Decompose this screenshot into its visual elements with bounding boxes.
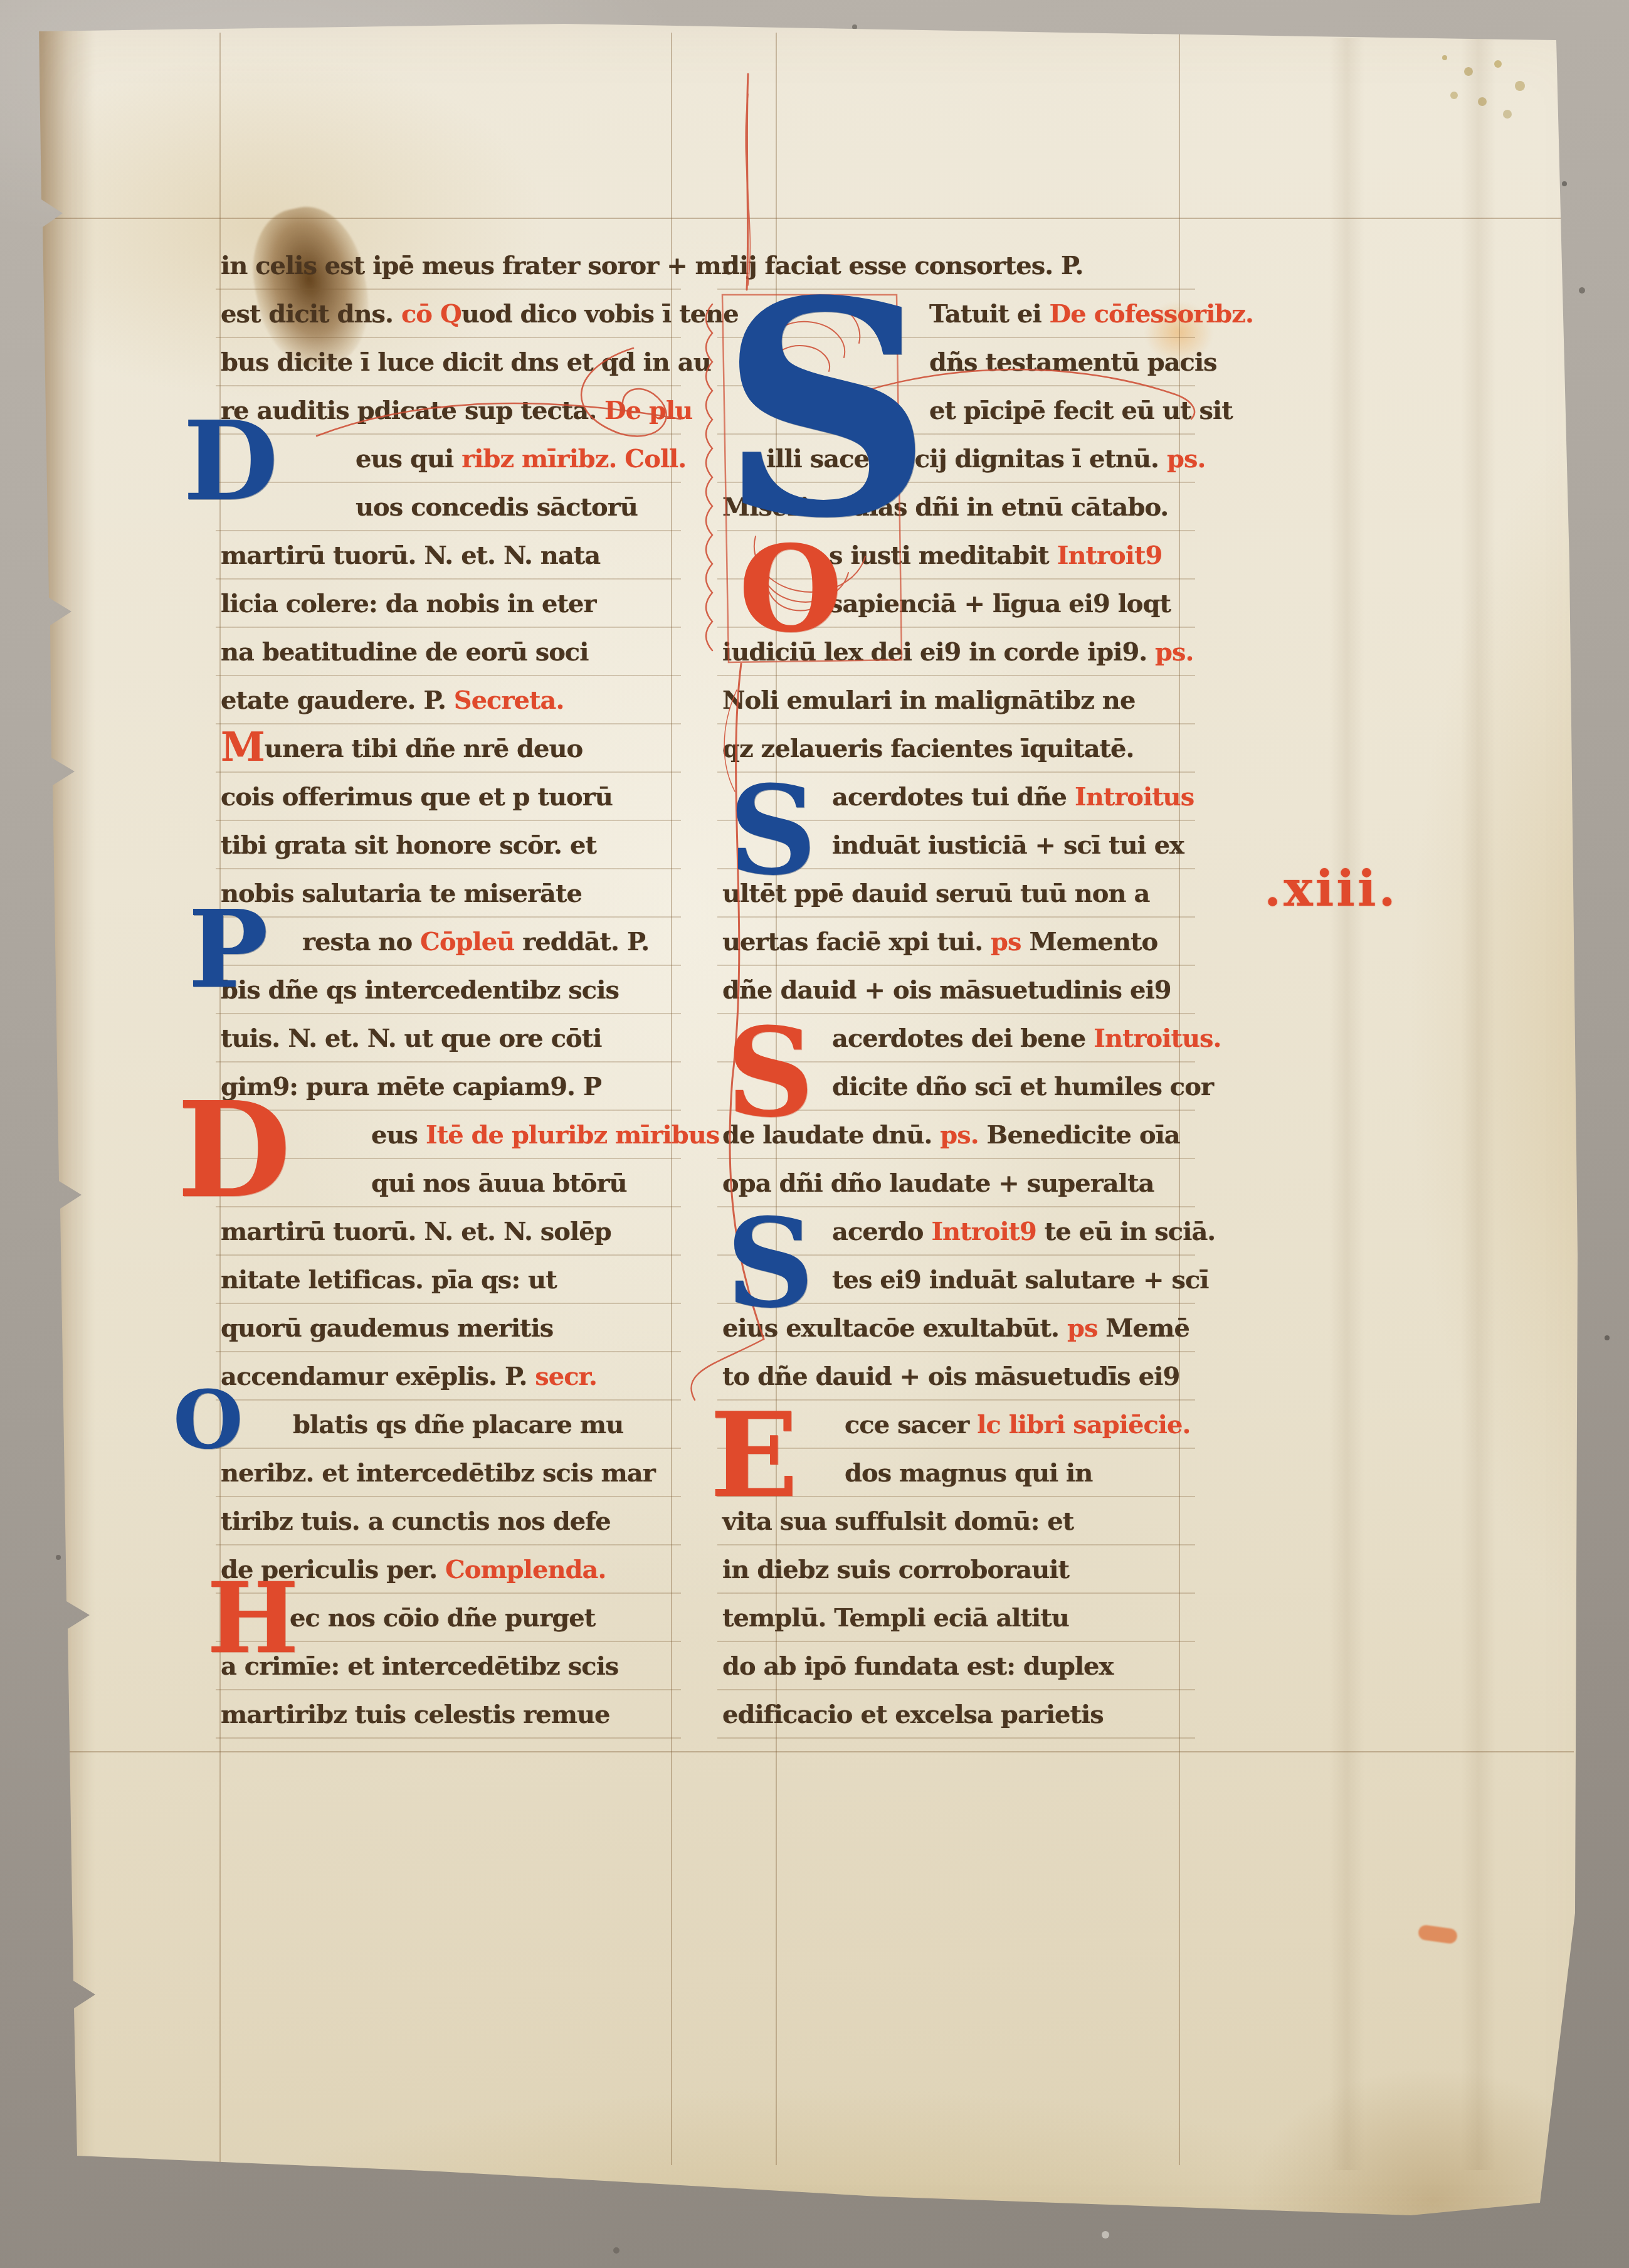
- rubric-text: ps.: [1167, 444, 1205, 474]
- body-text: martiribz tuis celestis remue: [221, 1700, 610, 1729]
- text-line: tiribz tuis. a cunctis nos defe: [221, 1497, 672, 1545]
- body-text: templū. Templi eciā altitu: [722, 1603, 1069, 1633]
- background-dust-specks: [0, 0, 4, 4]
- text-line: tibi grata sit honore scōr. et: [221, 821, 672, 869]
- body-text: martirū tuorū. N. et. N. nata: [221, 541, 600, 570]
- body-text: acerdotes tui dñe: [832, 782, 1075, 812]
- leaf: in celis est ipē meus frater soror + mre…: [0, 0, 1629, 2268]
- text-line: cois offerimus que et p tuorū: [221, 773, 672, 821]
- rubric-text: ps.: [940, 1120, 986, 1150]
- rubric-text: Introit9: [931, 1217, 1044, 1246]
- text-line: in celis est ipē meus frater soror + mr: [221, 241, 672, 290]
- rubric-text: De plu: [604, 396, 692, 425]
- rubric-text: Cōpleū: [420, 927, 522, 956]
- text-line: Noli emulari in malignātibz ne: [722, 676, 1186, 724]
- body-text: acerdo: [832, 1217, 931, 1246]
- body-text: uod dico vobis ī tene: [461, 299, 739, 329]
- text-line: nitate letificas. pīa qs: ut: [221, 1256, 672, 1304]
- body-text: eus: [371, 1120, 426, 1150]
- illuminated-initial-H-red: H: [207, 1581, 298, 1656]
- text-line: uertas faciē xpi tui. ps Memento: [722, 918, 1186, 966]
- illuminated-initial-P-blue: P: [188, 908, 268, 992]
- rubric-text: Introitus: [1075, 782, 1194, 812]
- rubric-text: ps.: [1155, 637, 1193, 667]
- rubric-text: Complenda.: [445, 1555, 606, 1584]
- body-text: te eū in sciā.: [1045, 1217, 1215, 1246]
- pigment-fleck: [1418, 1924, 1458, 1944]
- text-line: eus qui ribz mīribz. Coll.: [221, 435, 672, 483]
- mold-speckles: [1442, 55, 1447, 60]
- illuminated-initial-D-red: D: [177, 1099, 291, 1202]
- ruling-horizontal-line: [40, 218, 1564, 219]
- body-text: neribz. et intercedētibz scis mar: [221, 1458, 655, 1488]
- body-text: uertas faciē xpi tui.: [722, 927, 991, 956]
- body-text: do ab ipō fundata est: duplex: [722, 1651, 1113, 1681]
- rubric-text: Itē de pluribz mīribus: [426, 1120, 719, 1150]
- binding-edge-stain: [36, 25, 94, 2170]
- body-text: et pīcipē fecit eū ut sit: [929, 396, 1233, 425]
- text-line: quorū gaudemus meritis: [221, 1304, 672, 1352]
- photo-background: in celis est ipē meus frater soror + mre…: [0, 0, 1629, 2268]
- illuminated-initial-S-blue: S: [729, 783, 817, 878]
- body-text: accendamur exēplis. P.: [221, 1362, 535, 1391]
- text-line: licia colere: da nobis in eter: [221, 580, 672, 628]
- text-line: edificacio et excelsa parietis: [722, 1690, 1186, 1739]
- text-line: re auditis pdicate sup tecta. De plu: [221, 386, 672, 435]
- text-line: blatis qs dñe placare mu: [221, 1401, 672, 1449]
- body-text: tibi grata sit honore scōr. et: [221, 830, 596, 860]
- illuminated-initial-S-blue: S: [726, 1216, 814, 1311]
- body-text: bus dicite ī luce dicit dns et qd in au: [221, 347, 711, 377]
- body-text: induāt iusticiā + scī tui ex: [832, 830, 1184, 860]
- body-text: cce sacer: [845, 1410, 977, 1439]
- text-line: martiribz tuis celestis remue: [221, 1690, 672, 1739]
- text-line: accendamur exēplis. P. secr.: [221, 1352, 672, 1401]
- folio-number: .xiii.: [1264, 861, 1398, 918]
- body-text: uos concedis sāctorū: [356, 492, 638, 522]
- rubric-text: lc libri sapiēcie.: [977, 1410, 1190, 1439]
- body-text: licia colere: da nobis in eter: [221, 589, 596, 618]
- rubric-text: secr.: [535, 1362, 597, 1391]
- body-text: blatis qs dñe placare mu: [293, 1410, 623, 1439]
- body-text: ec nos cōio dñe purget: [290, 1603, 595, 1633]
- text-line: tuis. N. et. N. ut que ore cōti: [221, 1014, 672, 1062]
- text-line: neribz. et intercedētibz scis mar: [221, 1449, 672, 1497]
- text-line: templū. Templi eciā altitu: [722, 1594, 1186, 1642]
- body-text: nobis salutaria te miserāte: [221, 879, 582, 908]
- body-text: tes ei9 induāt salutare + scī: [832, 1265, 1209, 1295]
- body-text: resta no: [302, 927, 420, 956]
- illuminated-initial-O-blue: O: [173, 1389, 243, 1452]
- body-text: acerdotes dei bene: [832, 1024, 1094, 1053]
- illuminated-initial-D-blue: D: [183, 419, 278, 505]
- rubric-text: cō Q: [401, 299, 461, 329]
- body-text: sapienciā + līgua ei9 loqt: [829, 589, 1171, 618]
- text-line: etate gaudere. P. Secreta.: [221, 676, 672, 724]
- illuminated-initial-E-red: E: [710, 1410, 798, 1500]
- body-text: qui nos āuua btōrū: [371, 1168, 627, 1198]
- rubric-text: M: [221, 724, 265, 771]
- body-text: reddāt. P.: [522, 927, 649, 956]
- body-text: tuis. N. et. N. ut que ore cōti: [221, 1024, 601, 1053]
- body-text: edificacio et excelsa parietis: [722, 1700, 1104, 1729]
- text-line: martirū tuorū. N. et. N. nata: [221, 531, 672, 580]
- body-text: in diebz suis corroborauit: [722, 1555, 1069, 1584]
- vellum-crease: [1461, 38, 1496, 2170]
- text-line: Munera tibi dñe nrē deuo: [221, 724, 672, 773]
- text-line: do ab ipō fundata est: duplex: [722, 1642, 1186, 1690]
- ruling-horizontal-line: [69, 1751, 1574, 1752]
- body-text: etate gaudere. P.: [221, 686, 454, 715]
- illuminated-initial-O-red: O: [739, 543, 843, 635]
- body-text: na beatitudine de eorū soci: [221, 637, 588, 667]
- vellum-crease: [1329, 38, 1364, 2170]
- illuminated-initial-S-red: S: [726, 1025, 814, 1120]
- rubric-text: Secreta.: [454, 686, 564, 715]
- rubric-text: ps: [991, 927, 1029, 956]
- text-line: uos concedis sāctorū: [221, 483, 672, 531]
- rubric-text: ps: [1067, 1313, 1105, 1343]
- rubric-text: De cōfessoribz.: [1050, 299, 1253, 329]
- body-text: dos magnus qui in: [845, 1458, 1092, 1488]
- text-line: resta no Cōpleū reddāt. P.: [221, 918, 672, 966]
- body-text: quorū gaudemus meritis: [221, 1313, 553, 1343]
- body-text: est dicit dns.: [221, 299, 401, 329]
- text-line: bis dñe qs intercedentibz scis: [221, 966, 672, 1014]
- body-text: in celis est ipē meus frater soror + mr: [221, 251, 734, 280]
- body-text: nitate letificas. pīa qs: ut: [221, 1265, 557, 1295]
- body-text: dicite dño scī et humiles cor: [832, 1072, 1213, 1101]
- body-text: dñs testamentū pacis: [929, 347, 1217, 377]
- text-line: bus dicite ī luce dicit dns et qd in au: [221, 338, 672, 386]
- text-line: est dicit dns. cō Quod dico vobis ī tene: [221, 290, 672, 338]
- body-text: re auditis pdicate sup tecta.: [221, 396, 604, 425]
- rubric-text: Introit9: [1057, 541, 1162, 570]
- text-line: in diebz suis corroborauit: [722, 1545, 1186, 1594]
- body-text: Memē: [1105, 1313, 1189, 1343]
- body-text: bis dñe qs intercedentibz scis: [221, 975, 619, 1005]
- body-text: Memento: [1029, 927, 1157, 956]
- body-text: Benedicite oīa: [987, 1120, 1180, 1150]
- body-text: tiribz tuis. a cunctis nos defe: [221, 1507, 611, 1536]
- body-text: Noli emulari in malignātibz ne: [722, 686, 1135, 715]
- illuminated-initial-S-blue: S: [720, 295, 932, 525]
- body-text: Tatuit ei: [929, 299, 1050, 329]
- text-line: nobis salutaria te miserāte: [221, 869, 672, 918]
- body-text: cois offerimus que et p tuorū: [221, 782, 613, 812]
- rubric-text: Introitus.: [1094, 1024, 1221, 1053]
- body-text: eus qui: [356, 444, 461, 474]
- body-text: unera tibi dñe nrē deuo: [265, 734, 583, 763]
- text-line: na beatitudine de eorū soci: [221, 628, 672, 676]
- left-column: in celis est ipē meus frater soror + mre…: [221, 241, 672, 1739]
- rubric-text: ribz mīribz. Coll.: [461, 444, 686, 474]
